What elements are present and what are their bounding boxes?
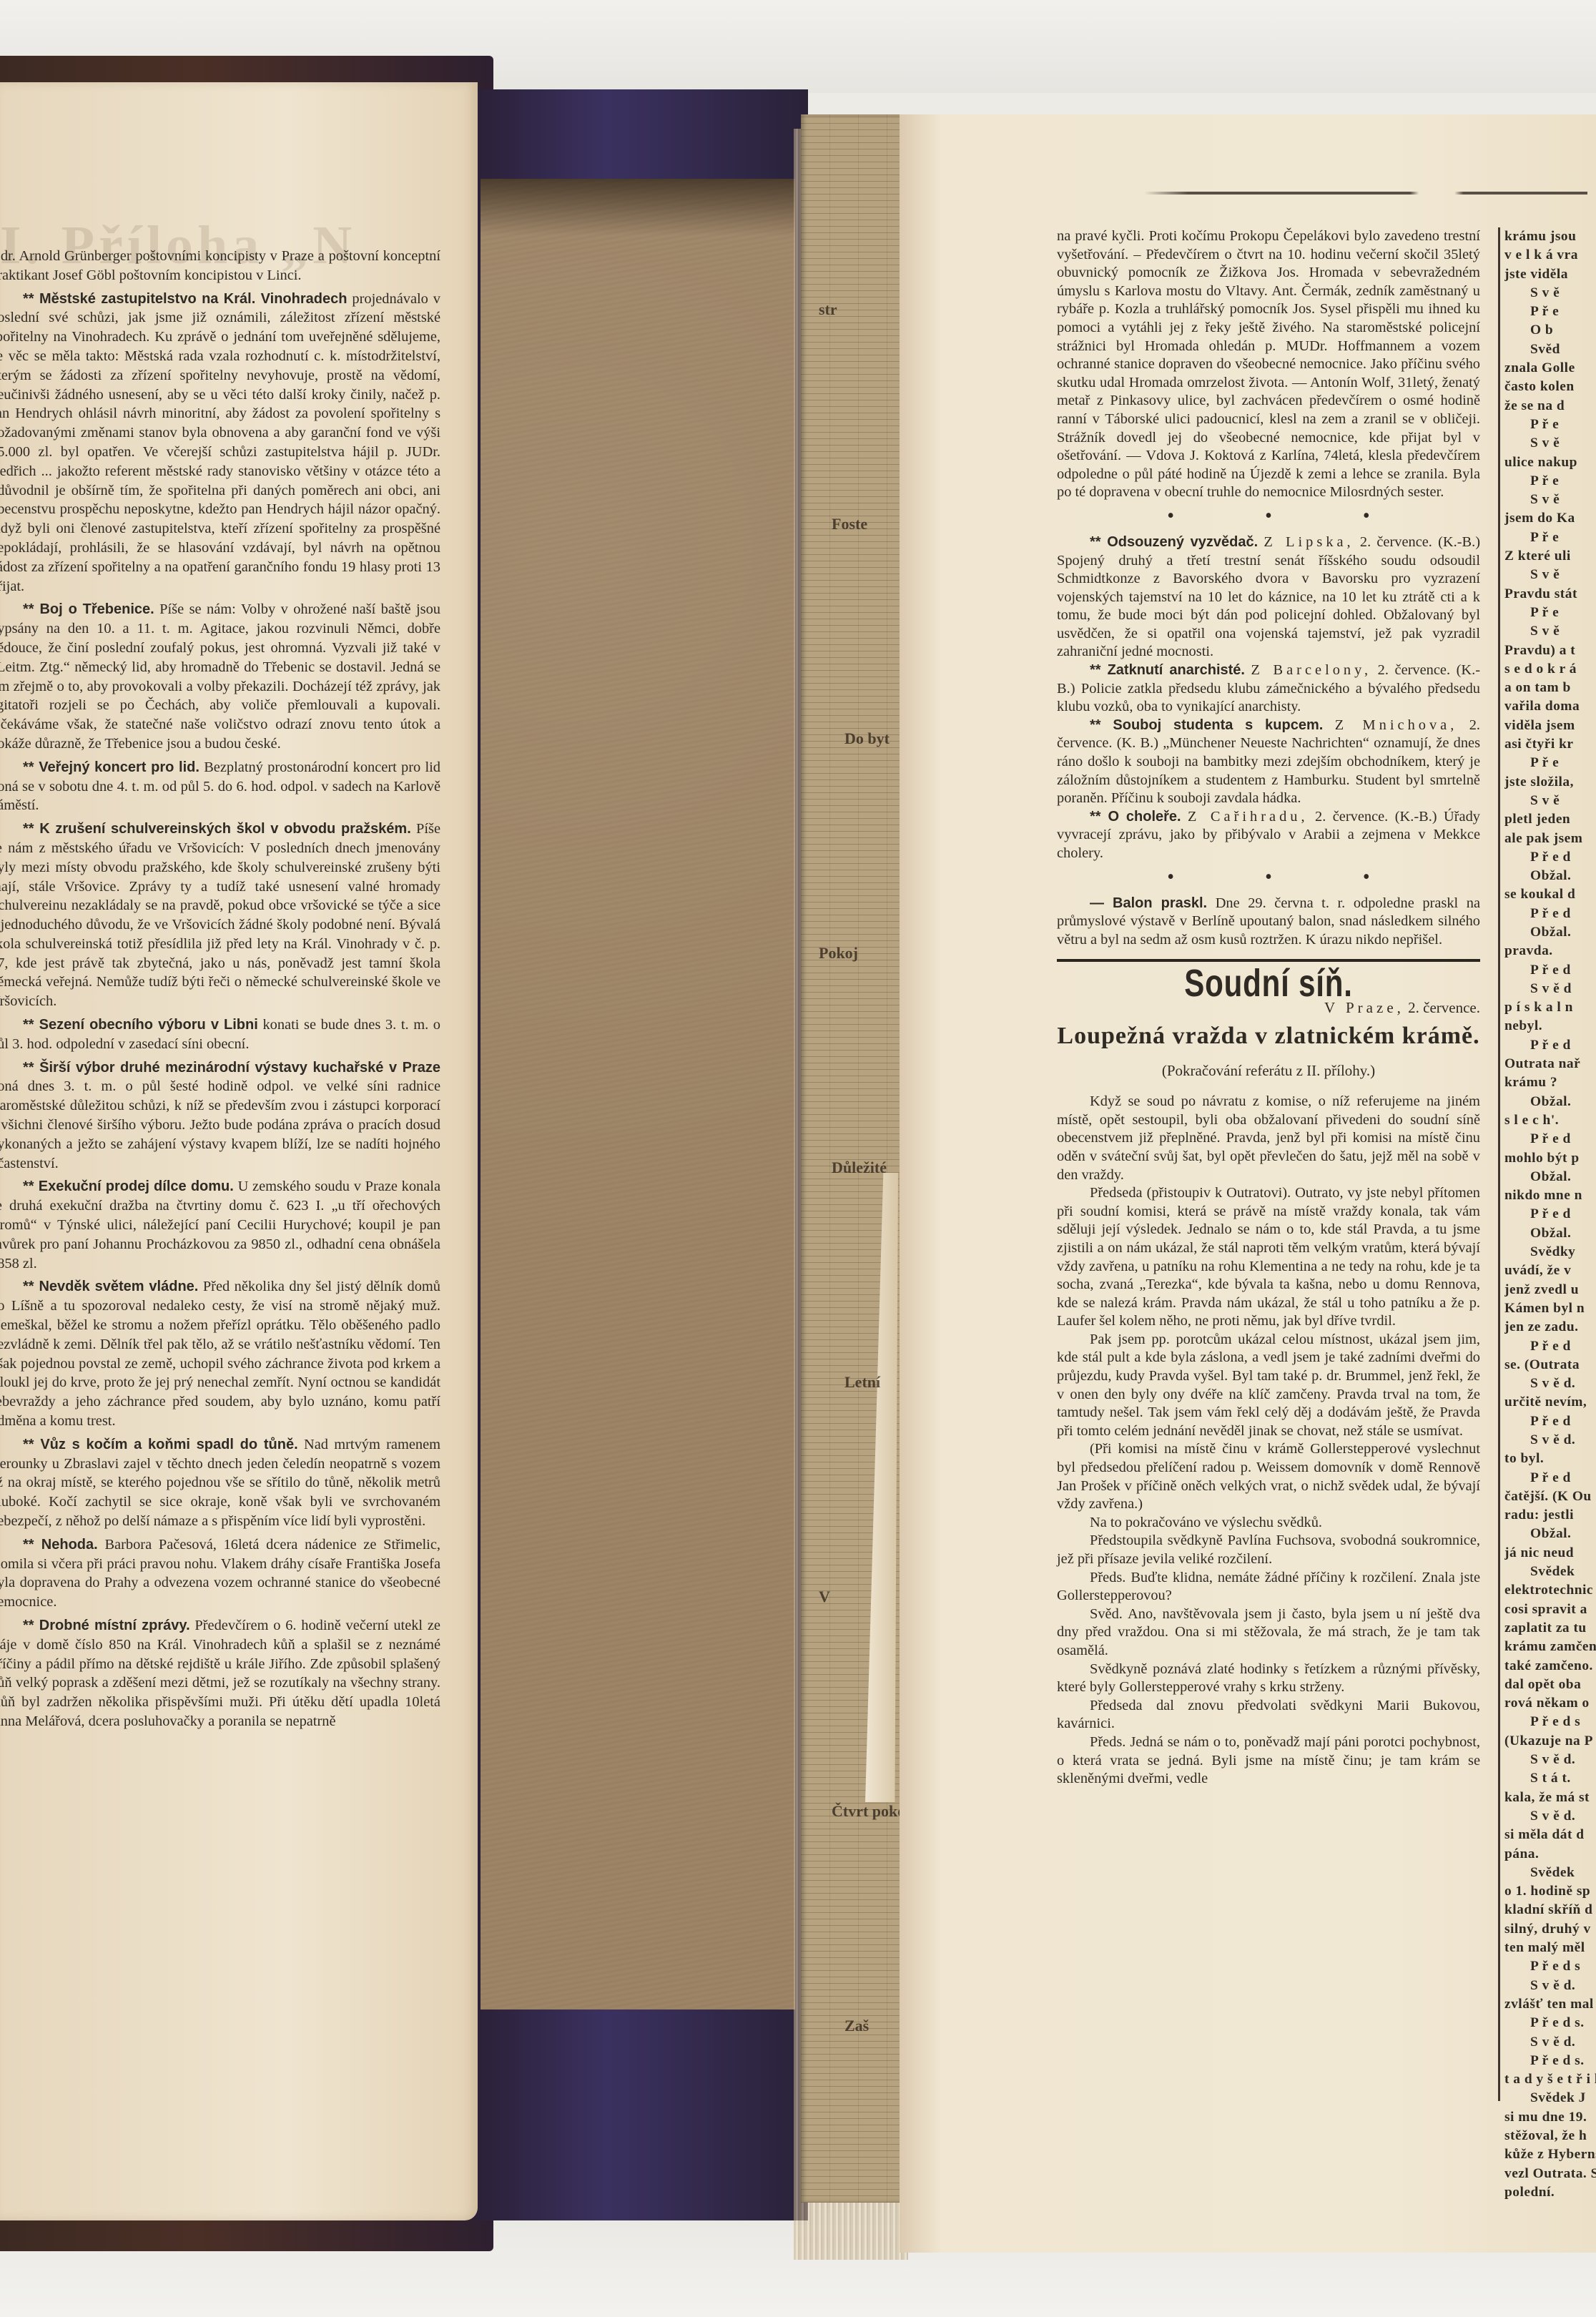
left-article: a dr. Arnold Grünberger poštovními konci… [0, 247, 440, 285]
edge-column-line: a on tam b [1504, 679, 1596, 697]
foreign-article: ** O choleře. Z Cařihradu, 2. července. … [1057, 808, 1480, 863]
edge-column-line: rová někam o [1504, 1694, 1596, 1713]
edge-column-line: Svědek [1504, 1563, 1596, 1581]
court-report-body: Když se soud po návratu z komise, o níž … [1057, 1093, 1480, 1789]
edge-column-line: P ř e d [1504, 848, 1596, 867]
edge-column-line: P ř e d [1504, 961, 1596, 980]
left-article: ** Nehoda. Barbora Pačesová, 16letá dcer… [0, 1535, 440, 1612]
strip-fragment: Důležité [832, 1158, 887, 1177]
edge-column-line: to byl. [1504, 1450, 1596, 1468]
left-article: ** Veřejný koncert pro lid. Bezplatný pr… [0, 758, 440, 815]
article-body: Píše se nám: Volby v ohrožené naší baště… [0, 601, 440, 752]
article-lead: ** Širší výbor druhé mezinárodní výstavy… [23, 1060, 440, 1076]
edge-column-line: nebyl. [1504, 1017, 1596, 1035]
edge-column-line: stěžoval, že h [1504, 2127, 1596, 2145]
edge-column-line: ale pak jsem [1504, 830, 1596, 848]
edge-column-line: P ř e d s [1504, 1957, 1596, 1976]
section-dots: • • • [1057, 863, 1480, 895]
edge-column-line: p í s k a l n [1504, 998, 1596, 1017]
article-lead: ** Zatknutí anarchisté. [1090, 662, 1245, 678]
article-lead: ** Drobné místní zprávy. [23, 1618, 190, 1633]
edge-column-line: krámu ? [1504, 1073, 1596, 1092]
court-paragraph: Na to pokračováno ve výslechu svědků. [1057, 1514, 1480, 1533]
left-article: ** K zrušení schulvereinských škol v obv… [0, 820, 440, 1011]
article-lead: ** Městské zastupitelstvo na Král. Vinoh… [23, 291, 347, 307]
left-article: ** Nevděk světem vládne. Před několika d… [0, 1277, 440, 1430]
dateline-date: 2. července. [1408, 999, 1480, 1016]
edge-column-line: cosi spravit a [1504, 1600, 1596, 1619]
edge-column-line: Obžal. [1504, 1168, 1596, 1186]
article-lead: ** Boj o Třebenice. [23, 601, 154, 617]
strip-fragment: str [819, 300, 837, 319]
edge-column-line: elektrotechnic [1504, 1581, 1596, 1600]
article-lead: ** Odsouzený vyzvědač. [1090, 534, 1258, 550]
edge-column-line: t a d y š e t ř i l [1504, 2070, 1596, 2089]
edge-column-line: pletl jeden [1504, 810, 1596, 829]
strip-fragment: Pokoj [819, 944, 858, 963]
article-lead: ** Vůz s kočím a koňmi spadl do tůně. [23, 1437, 298, 1452]
court-paragraph: Předstoupila svědkyně Pavlína Fuchsova, … [1057, 1532, 1480, 1568]
edge-column-line: ulice nakup [1504, 453, 1596, 472]
right-page-main-column: na pravé kyčli. Proti kočímu Prokopu Čep… [1057, 227, 1480, 1789]
edge-column-line: určitě nevím, [1504, 1393, 1596, 1412]
local-news-continuation: na pravé kyčli. Proti kočímu Prokopu Čep… [1057, 227, 1480, 502]
edge-column-line: jsem do Ka [1504, 509, 1596, 528]
spine-board [481, 179, 795, 2009]
court-paragraph: Svědkyně poznává zlaté hodinky s řetízke… [1057, 1661, 1480, 1697]
edge-column-line: v e l k á vra [1504, 246, 1596, 265]
edge-column-line: Svědek [1504, 1864, 1596, 1882]
court-paragraph: Pak jsem pp. porotcům ukázal celou místn… [1057, 1331, 1480, 1441]
edge-column-line: zaplatit za tu [1504, 1619, 1596, 1638]
edge-column-line: Pravdu) a t [1504, 641, 1596, 660]
edge-column-line: s e d o k r á [1504, 660, 1596, 679]
article-body: Před několika dny šel jistý dělník domů … [0, 1279, 440, 1429]
edge-column-line: P ř e d s [1504, 1713, 1596, 1731]
edge-column-line: S v ě [1504, 434, 1596, 453]
column-rule [1498, 227, 1500, 2101]
foreign-article: ** Zatknutí anarchisté. Z Barcelony, 2. … [1057, 661, 1480, 717]
edge-column-line: silný, druhý v [1504, 1920, 1596, 1939]
strip-fragment: V [819, 1588, 830, 1606]
edge-column-line: čatější. (K Ou [1504, 1487, 1596, 1506]
edge-column-line: zvlášť ten mal [1504, 1995, 1596, 2014]
article-place: Z Barcelony, [1251, 662, 1372, 678]
article-place: Z Mnichova, [1335, 717, 1458, 733]
court-paragraph: (Při komisi na místě činu v krámě Goller… [1057, 1440, 1480, 1513]
edge-column-line: Z které uli [1504, 547, 1596, 566]
edge-column-line: P ř e d [1504, 1205, 1596, 1224]
article-body: a dr. Arnold Grünberger poštovními konci… [0, 248, 440, 283]
local-news-paragraph: na pravé kyčli. Proti kočímu Prokopu Čep… [1057, 227, 1480, 502]
edge-column-line: Kámen byl n [1504, 1299, 1596, 1318]
foreign-article: ** Souboj studenta s kupcem. Z Mnichova,… [1057, 717, 1480, 808]
article-lead: ** Nehoda. [23, 1537, 98, 1553]
edge-column-line: také zamčeno. [1504, 1657, 1596, 1676]
edge-column-line: S t á t. [1504, 1769, 1596, 1788]
spine-strip-fragments: strFosteDo bytPokojDůležitéLetníVČtvrt p… [804, 114, 901, 2188]
edge-column-line: P ř e d [1504, 1130, 1596, 1148]
edge-column-line: S v ě d. [1504, 1751, 1596, 1769]
article-lead: ** Veřejný koncert pro lid. [23, 759, 199, 775]
left-article: ** Boj o Třebenice. Píše se nám: Volby v… [0, 600, 440, 753]
edge-column-line: dal opět oba [1504, 1676, 1596, 1694]
edge-column-line: S v ě [1504, 792, 1596, 810]
article-lead: ** Souboj studenta s kupcem. [1090, 717, 1323, 733]
edge-column-line: krámu jsou [1504, 227, 1596, 246]
edge-column-line: radu: jestli [1504, 1506, 1596, 1525]
edge-column-line: polední. [1504, 2183, 1596, 2202]
article-place: Z Cařihradu, [1188, 809, 1309, 825]
left-article: ** Městské zastupitelstvo na Král. Vinoh… [0, 290, 440, 596]
article-body: koná dnes 3. t. m. o půl šesté hodině od… [0, 1078, 440, 1171]
left-article: ** Sezení obecního výboru v Libni konati… [0, 1015, 440, 1054]
edge-column-line: Obžal. [1504, 1224, 1596, 1243]
edge-column-line: S v ě [1504, 566, 1596, 584]
edge-column-line: se koukal d [1504, 885, 1596, 904]
left-article: ** Širší výbor druhé mezinárodní výstavy… [0, 1058, 440, 1174]
edge-column-line: Svědek J [1504, 2089, 1596, 2107]
edge-column-line: jste viděla [1504, 265, 1596, 284]
edge-column-line: viděla jsem [1504, 717, 1596, 735]
edge-column-line: často kolen [1504, 378, 1596, 396]
left-article: ** Vůz s kočím a koňmi spadl do tůně. Na… [0, 1435, 440, 1531]
edge-column-line: P ř e d [1504, 1337, 1596, 1356]
strip-fragment: Foste [832, 515, 867, 533]
court-paragraph: Předs. Buďte klidna, nemáte žádné příčin… [1057, 1569, 1480, 1605]
edge-column-line: P ř e d [1504, 905, 1596, 923]
article-place: Z Lipska, [1263, 534, 1354, 550]
edge-column-line: P ř e d [1504, 1412, 1596, 1431]
edge-column-line: P ř e [1504, 302, 1596, 321]
edge-column-line: vezl Outrata. S [1504, 2165, 1596, 2183]
edge-column-line: kladní skříň d [1504, 1901, 1596, 1919]
edge-column-line: uvádí, že v [1504, 1261, 1596, 1280]
edge-column-line: jen ze zadu. [1504, 1318, 1596, 1337]
edge-column-line: asi čtyři kr [1504, 735, 1596, 754]
edge-column-line: znala Golle [1504, 359, 1596, 378]
edge-column-line: že se na d [1504, 397, 1596, 415]
article-body: 2. července. (K.-B.) Spojený druhý a tře… [1057, 534, 1480, 660]
article-body: Předevčírem o 6. hodině večerní utekl ze… [0, 1618, 440, 1729]
edge-column-line: P ř e d s. [1504, 2052, 1596, 2070]
court-headline: Loupežná vražda v zlatnickém krámě. [1057, 1022, 1480, 1051]
edge-column-line: se. (Outrata [1504, 1356, 1596, 1374]
spine-board-shadow [481, 179, 795, 236]
left-page-column: a dr. Arnold Grünberger poštovními konci… [0, 247, 440, 1731]
court-subheading: (Pokračování referátu z II. přílohy.) [1057, 1062, 1480, 1081]
left-article: ** Drobné místní zprávy. Předevčírem o 6… [0, 1616, 440, 1731]
article-lead: ** K zrušení schulvereinských škol v obv… [23, 821, 411, 837]
edge-column-line: pána. [1504, 1845, 1596, 1864]
edge-column-line: P ř e [1504, 528, 1596, 547]
edge-column-line: si měla dát d [1504, 1826, 1596, 1844]
edge-column-line: S v ě d. [1504, 1807, 1596, 1826]
article-lead: ** O choleře. [1090, 809, 1181, 825]
edge-column-line: krámu zamčen [1504, 1638, 1596, 1656]
edge-column-line: si mu dne 19. [1504, 2108, 1596, 2127]
strip-fragment: Do byt [844, 729, 890, 748]
article-body: Píše se nám z městského úřadu ve Vršovic… [0, 821, 440, 1009]
foreign-news: ** Odsouzený vyzvědač. Z Lipska, 2. červ… [1057, 533, 1480, 863]
edge-column-line: P ř e d [1504, 1036, 1596, 1055]
article-lead: ** Nevděk světem vládne. [23, 1279, 198, 1294]
edge-column-line: Obžal. [1504, 923, 1596, 942]
court-paragraph: Svěd. Ano, navštěvovala jsem ji často, b… [1057, 1605, 1480, 1661]
left-article: ** Exekuční prodej dílce domu. U zemskéh… [0, 1177, 440, 1273]
strip-fragment: Zaš [844, 2017, 869, 2035]
edge-column-line: S v ě [1504, 622, 1596, 641]
edge-column-line: S v ě d. [1504, 1977, 1596, 1995]
edge-column-line: ten malý měl [1504, 1939, 1596, 1957]
edge-column-line: P ř e [1504, 472, 1596, 491]
edge-column-line: P ř e [1504, 754, 1596, 772]
foreign-article: ** Odsouzený vyzvědač. Z Lipska, 2. červ… [1057, 533, 1480, 661]
right-edge-column-cropped: krámu jsouv e l k á vrajste vidělaS v ěP… [1504, 227, 1596, 2202]
balloon-article: — Balon praskl. Dne 29. června t. r. odp… [1057, 895, 1480, 950]
edge-column-line: kůže z Hyberns [1504, 2145, 1596, 2164]
edge-column-line: jenž zvedl u [1504, 1281, 1596, 1299]
edge-column-line: Svědky [1504, 1243, 1596, 1261]
strip-fragment: Čtvrt pokoj [832, 1802, 901, 1821]
edge-column-line: Pravdu stát [1504, 585, 1596, 604]
edge-column-line: o 1. hodině sp [1504, 1882, 1596, 1901]
article-lead: ** Exekuční prodej dílce domu. [23, 1179, 234, 1194]
edge-column-line: S v ě d. [1504, 1431, 1596, 1450]
court-paragraph: Předseda (přistoupiv k Outratovi). Outra… [1057, 1184, 1480, 1331]
edge-column-line: Obžal. [1504, 1093, 1596, 1111]
edge-column-line: (Ukazuje na P [1504, 1732, 1596, 1751]
edge-column-line: Outrata nař [1504, 1055, 1596, 1073]
court-paragraph: Předs. Jedná se nám o to, poněvadž mají … [1057, 1733, 1480, 1789]
edge-column-line: P ř e [1504, 604, 1596, 622]
article-lead: ** Sezení obecního výboru v Libni [23, 1017, 258, 1033]
edge-column-line: O b [1504, 321, 1596, 340]
edge-column-line: kala, že má st [1504, 1789, 1596, 1807]
edge-column-line: S v ě d. [1504, 2033, 1596, 2052]
top-rule [1144, 192, 1587, 195]
edge-column-line: S v ě [1504, 284, 1596, 302]
edge-column-line: Svěd [1504, 340, 1596, 359]
article-body: projednávalo v poslední své schůzi, jak … [0, 291, 440, 594]
edge-column-line: P ř e [1504, 415, 1596, 434]
edge-column-line: s l e c h'. [1504, 1111, 1596, 1130]
article-lead: — Balon praskl. [1090, 895, 1207, 911]
edge-column-line: P ř e d s. [1504, 2014, 1596, 2032]
edge-column-line: P ř e d [1504, 1469, 1596, 1487]
edge-column-line: já nic neud [1504, 1544, 1596, 1563]
edge-column-line: Obžal. [1504, 1525, 1596, 1543]
edge-column-line: S v ě d [1504, 980, 1596, 998]
edge-column-line: S v ě [1504, 491, 1596, 509]
edge-column-line: pravda. [1504, 942, 1596, 960]
edge-column-line: jste složila, [1504, 773, 1596, 792]
edge-column-line: vařila doma [1504, 697, 1596, 716]
section-title-court: Soudní síň. [1103, 975, 1434, 993]
edge-column-line: nikdo mne n [1504, 1186, 1596, 1205]
court-paragraph: Když se soud po návratu z komise, o níž … [1057, 1093, 1480, 1184]
edge-column-line: mohlo být p [1504, 1149, 1596, 1168]
edge-column-line: S v ě d. [1504, 1374, 1596, 1393]
court-paragraph: Předseda dal znovu předvolati svědkyni M… [1057, 1697, 1480, 1733]
strip-fragment: Letní [844, 1373, 880, 1392]
edge-column-line: Obžal. [1504, 867, 1596, 885]
section-dots: • • • [1057, 502, 1480, 533]
